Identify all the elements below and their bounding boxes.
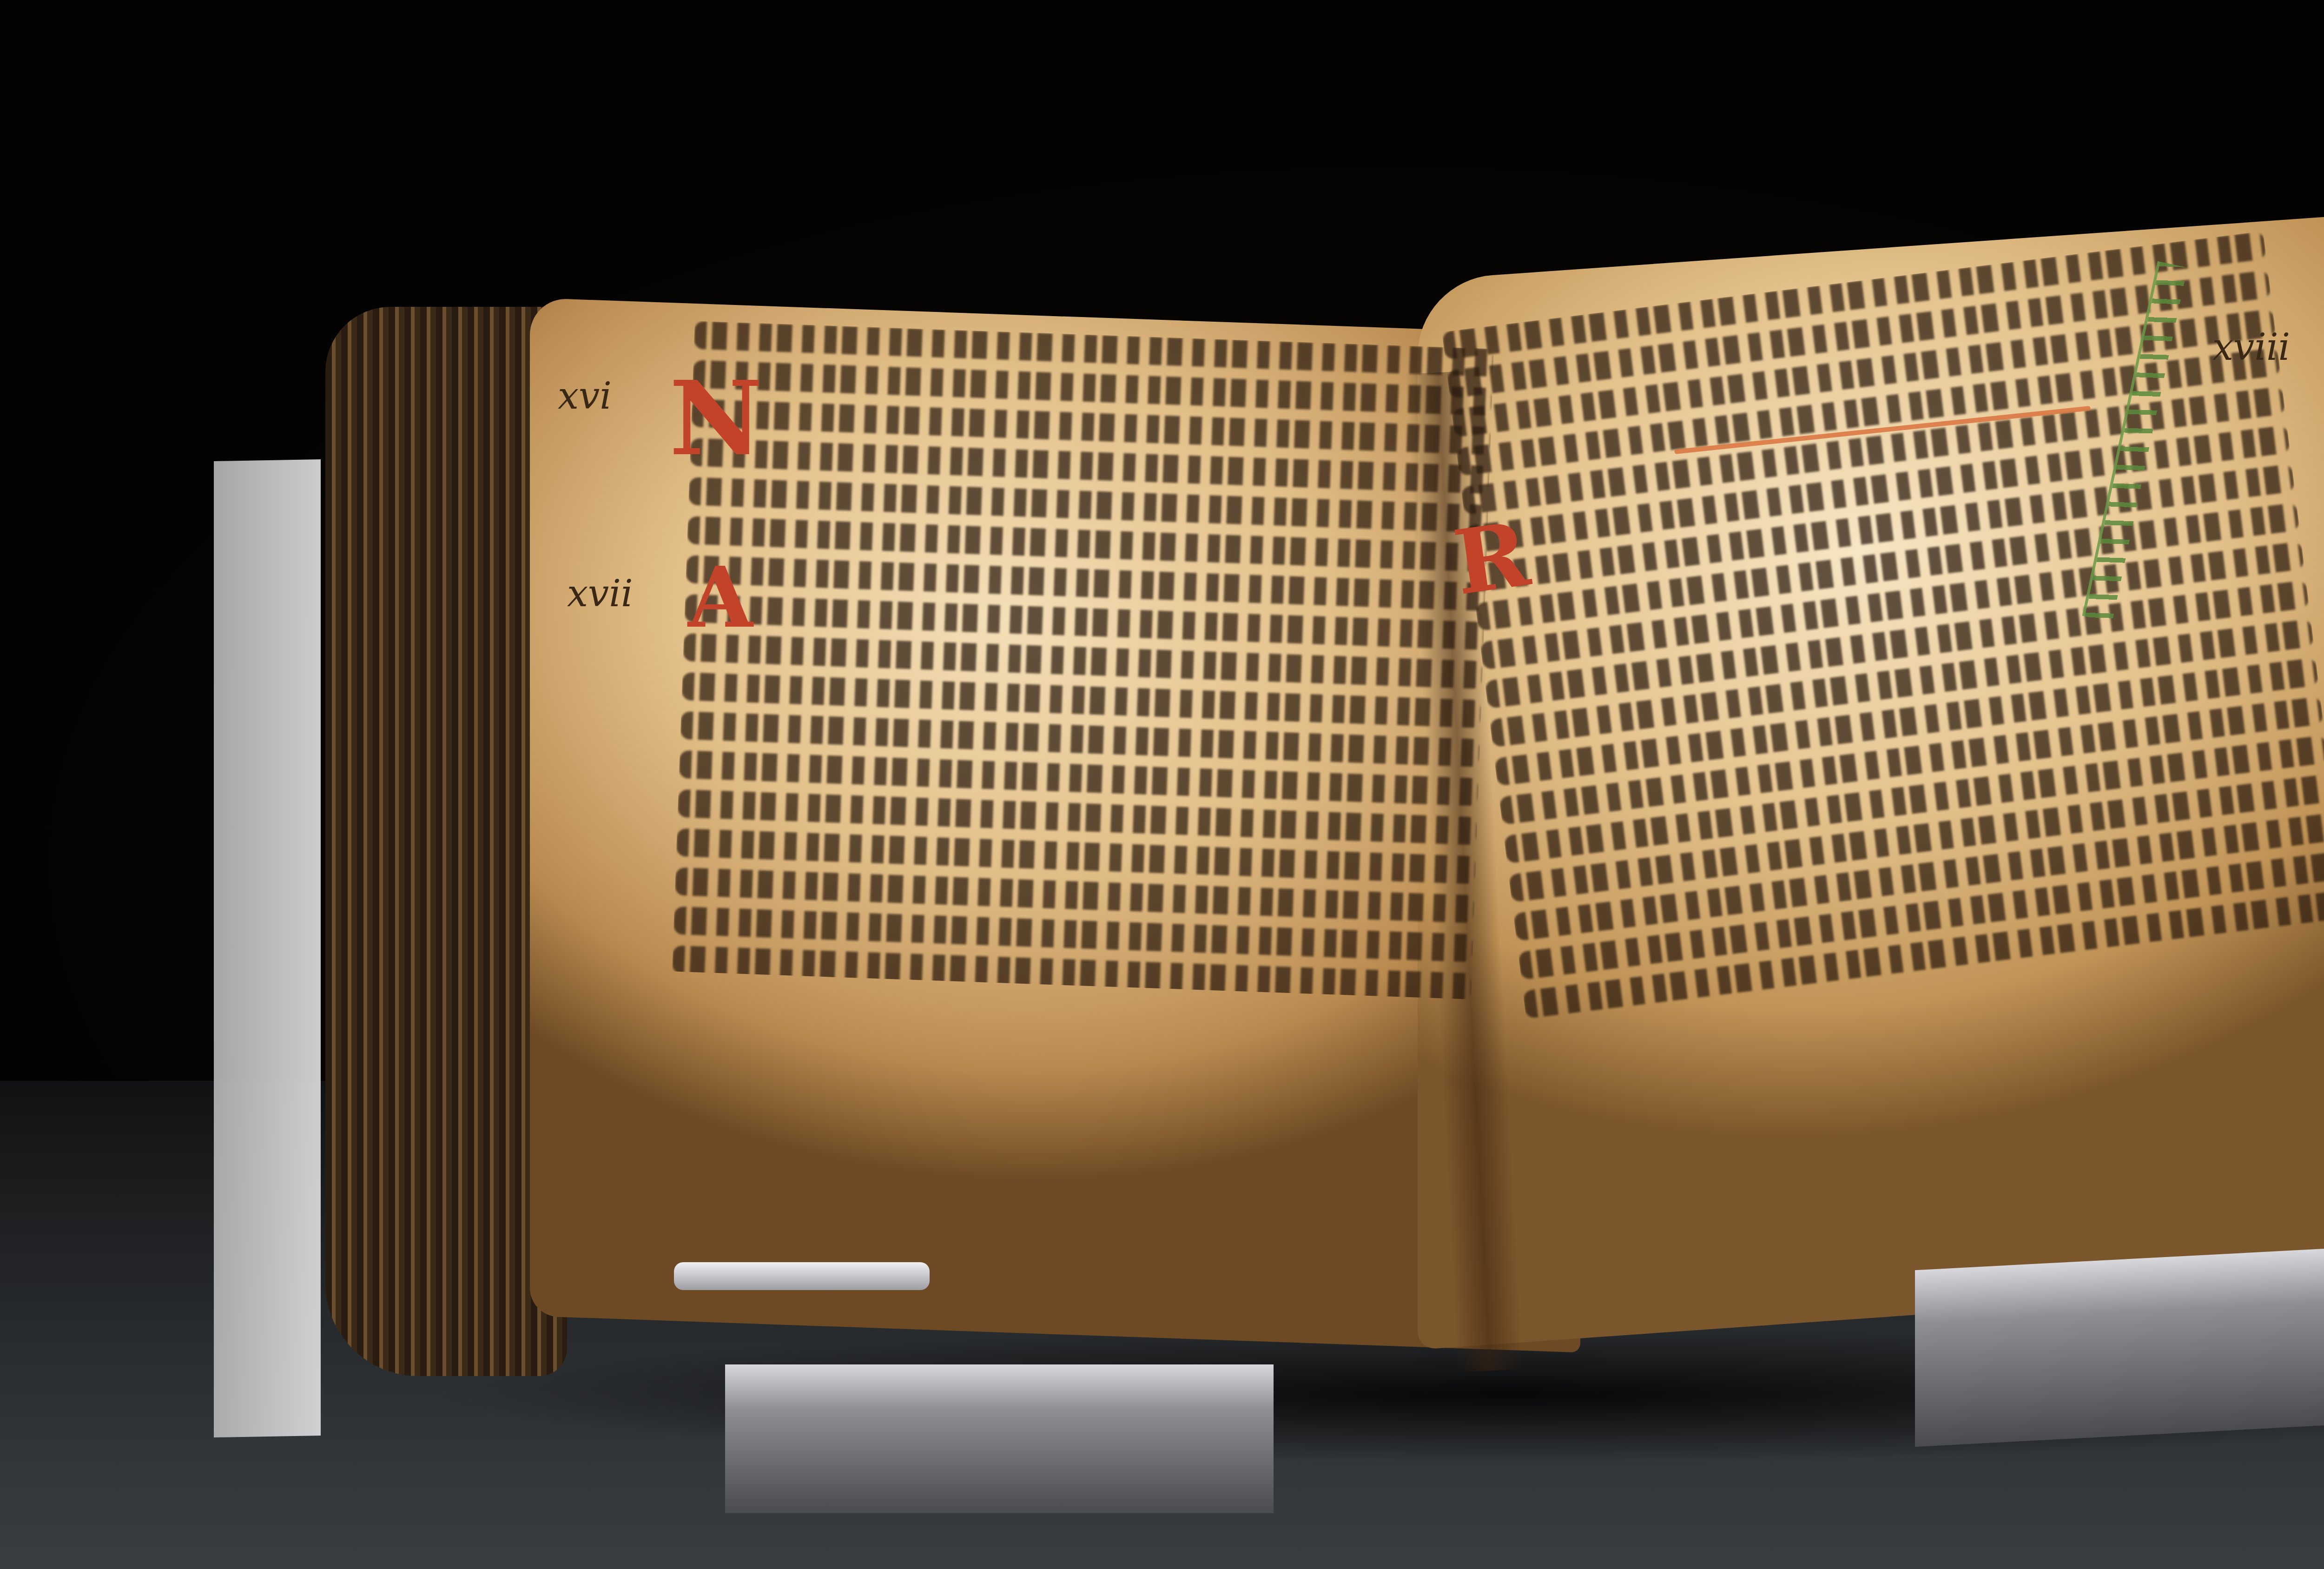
- decorated-initial: A: [688, 549, 753, 647]
- display-stand-right: [1915, 1240, 2324, 1447]
- folio-mark: xvi: [558, 374, 612, 417]
- folio-mark: xvii: [567, 572, 633, 615]
- left-page-text: [672, 321, 1494, 999]
- display-stand-left: [725, 1364, 1274, 1513]
- display-panel-left: [214, 459, 321, 1437]
- decorated-initial: N: [669, 358, 763, 478]
- decorated-initial: R: [1448, 502, 1535, 615]
- right-page-text: [1442, 231, 2324, 1047]
- folio-mark: xviii: [2212, 325, 2290, 369]
- page-holder-clip: [674, 1262, 930, 1290]
